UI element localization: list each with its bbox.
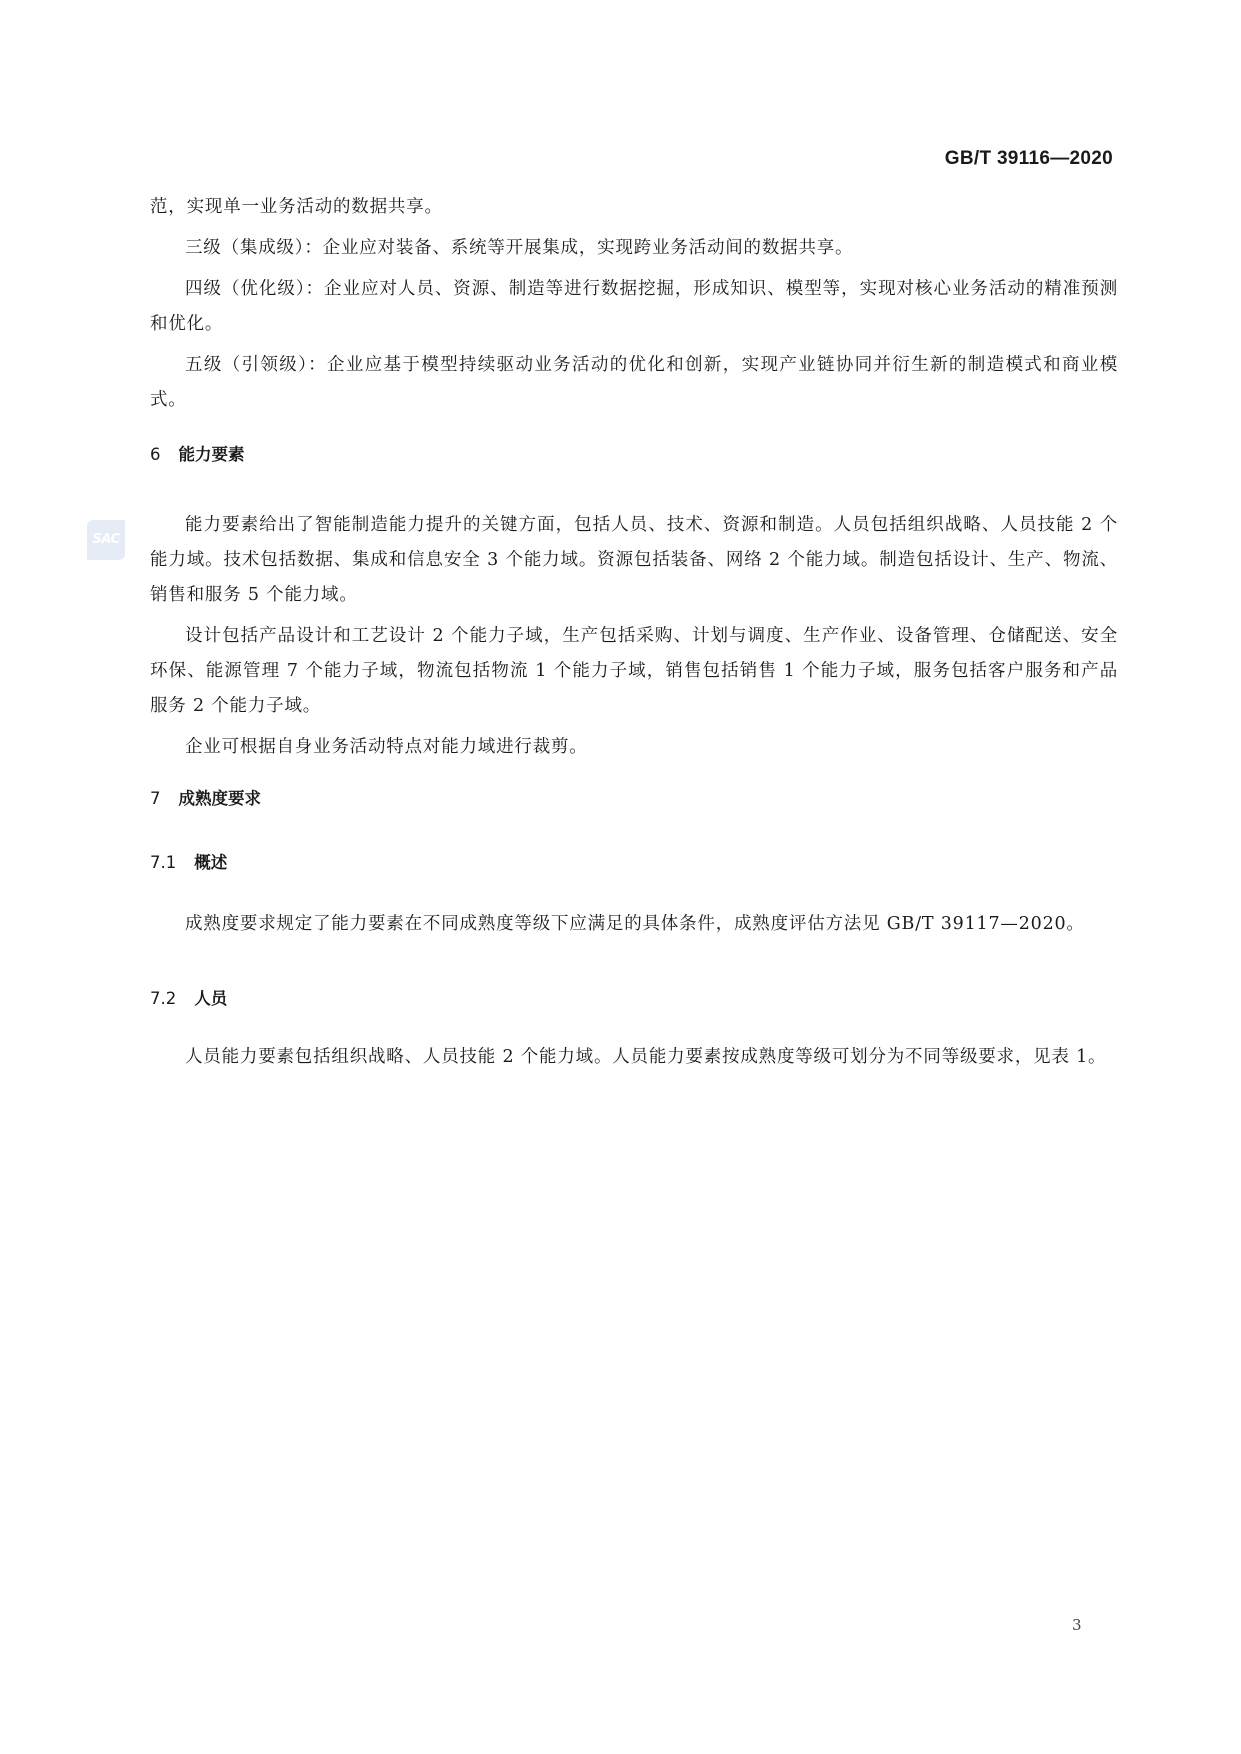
section-7-heading: 7成熟度要求 [150, 784, 261, 814]
section-6-body: 能力要素给出了智能制造能力提升的关键方面，包括人员、技术、资源和制造。人员包括组… [150, 508, 1118, 765]
subsection-number: 7.2 [150, 984, 176, 1014]
sac-watermark-logo: SAC [87, 520, 125, 560]
paragraph: 人员能力要素包括组织战略、人员技能 2 个能力域。人员能力要素按成熟度等级可划分… [150, 1040, 1118, 1075]
page-body: 范，实现单一业务活动的数据共享。 三级（集成级）：企业应对装备、系统等开展集成，… [150, 190, 1118, 418]
subsection-7-1-heading: 7.1概述 [150, 848, 227, 878]
subsection-title: 概述 [194, 853, 227, 872]
subsection-7-1-body: 成熟度要求规定了能力要素在不同成熟度等级下应满足的具体条件，成熟度评估方法见 G… [150, 907, 1118, 942]
section-title: 成熟度要求 [179, 789, 262, 808]
page-number: 3 [1072, 1616, 1082, 1634]
section-6-heading: 6能力要素 [150, 440, 245, 470]
paragraph-level-4: 四级（优化级）：企业应对人员、资源、制造等进行数据挖掘，形成知识、模型等，实现对… [150, 272, 1118, 342]
paragraph: 企业可根据自身业务活动特点对能力域进行裁剪。 [150, 730, 1118, 765]
paragraph-continuation: 范，实现单一业务活动的数据共享。 [150, 190, 1118, 225]
subsection-title: 人员 [194, 989, 227, 1008]
paragraph: 成熟度要求规定了能力要素在不同成熟度等级下应满足的具体条件，成熟度评估方法见 G… [150, 907, 1118, 942]
subsection-7-2-body: 人员能力要素包括组织战略、人员技能 2 个能力域。人员能力要素按成熟度等级可划分… [150, 1040, 1118, 1075]
paragraph: 能力要素给出了智能制造能力提升的关键方面，包括人员、技术、资源和制造。人员包括组… [150, 508, 1118, 613]
section-number: 6 [150, 440, 161, 470]
paragraph-level-3: 三级（集成级）：企业应对装备、系统等开展集成，实现跨业务活动间的数据共享。 [150, 231, 1118, 266]
section-number: 7 [150, 784, 161, 814]
subsection-number: 7.1 [150, 848, 176, 878]
subsection-7-2-heading: 7.2人员 [150, 984, 227, 1014]
paragraph-level-5: 五级（引领级）：企业应基于模型持续驱动业务活动的优化和创新，实现产业链协同并衍生… [150, 348, 1118, 418]
section-title: 能力要素 [179, 445, 245, 464]
paragraph: 设计包括产品设计和工艺设计 2 个能力子域，生产包括采购、计划与调度、生产作业、… [150, 619, 1118, 724]
standard-code-header: GB/T 39116—2020 [945, 148, 1113, 170]
